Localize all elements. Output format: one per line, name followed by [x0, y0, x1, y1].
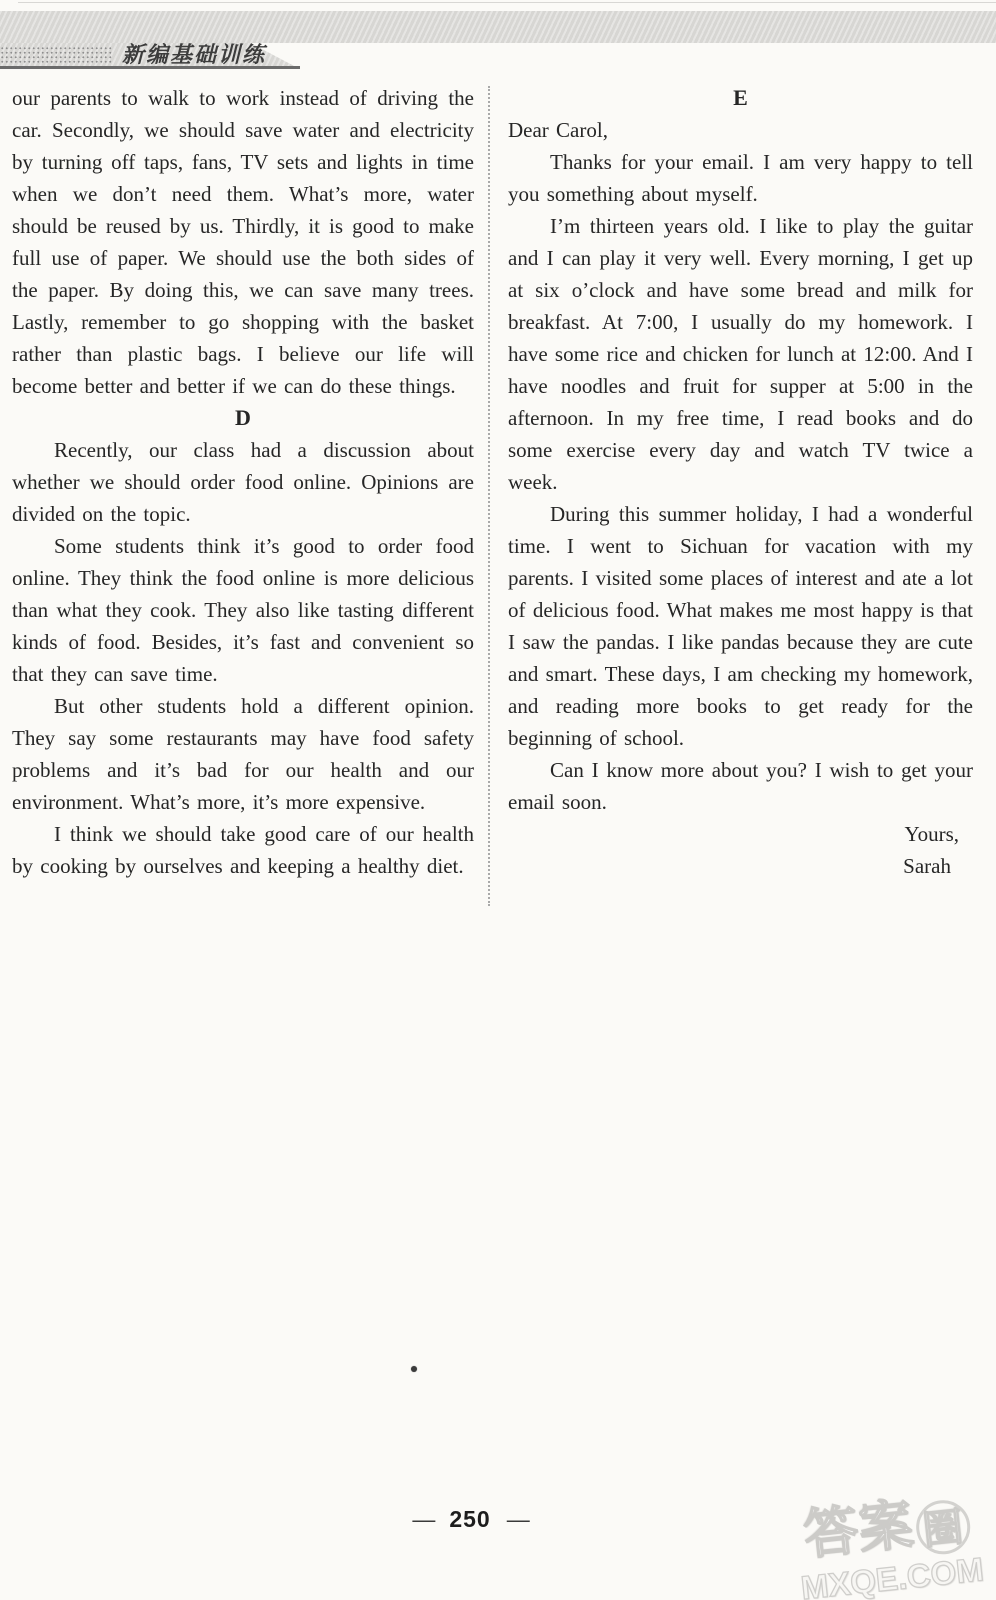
- passage-d-paragraph: Recently, our class had a discussion abo…: [12, 434, 474, 530]
- passage-continuation-paragraph: our parents to walk to work instead of d…: [12, 82, 474, 402]
- book-brand-title: 新编基础训练: [122, 38, 252, 69]
- left-text-column: our parents to walk to work instead of d…: [12, 82, 474, 882]
- letter-signature: Sarah: [508, 850, 973, 882]
- stray-ink-dot: [411, 1366, 417, 1372]
- answer-site-watermark: 答案圈 MXQE.COM: [780, 1489, 996, 1600]
- passage-d-paragraph: I think we should take good care of our …: [12, 818, 474, 882]
- header-underline: [0, 66, 300, 69]
- watermark-circled-char: 圈: [913, 1498, 972, 1557]
- watermark-brand-chars: 答案: [801, 1495, 917, 1566]
- letter-paragraph: Can I know more about you? I wish to get…: [508, 754, 973, 818]
- letter-paragraph: During this summer holiday, I had a wond…: [508, 498, 973, 754]
- passage-d-paragraph: But other students hold a different opin…: [12, 690, 474, 818]
- footer-dash-left: —: [412, 1506, 433, 1532]
- section-d-label: D: [12, 402, 474, 434]
- passage-d-paragraph: Some students think it’s good to order f…: [12, 530, 474, 690]
- halftone-dot-pattern: [0, 46, 112, 65]
- section-e-label: E: [508, 82, 973, 114]
- page-number: 250: [449, 1506, 490, 1532]
- page-top-hairline: [18, 2, 996, 3]
- column-divider-dotted-line: [488, 86, 490, 906]
- right-text-column: E Dear Carol, Thanks for your email. I a…: [508, 82, 973, 882]
- letter-paragraph: I’m thirteen years old. I like to play t…: [508, 210, 973, 498]
- footer-dash-right: —: [507, 1506, 528, 1532]
- letter-salutation: Dear Carol,: [508, 114, 973, 146]
- letter-closing: Yours,: [508, 818, 973, 850]
- letter-paragraph: Thanks for your email. I am very happy t…: [508, 146, 973, 210]
